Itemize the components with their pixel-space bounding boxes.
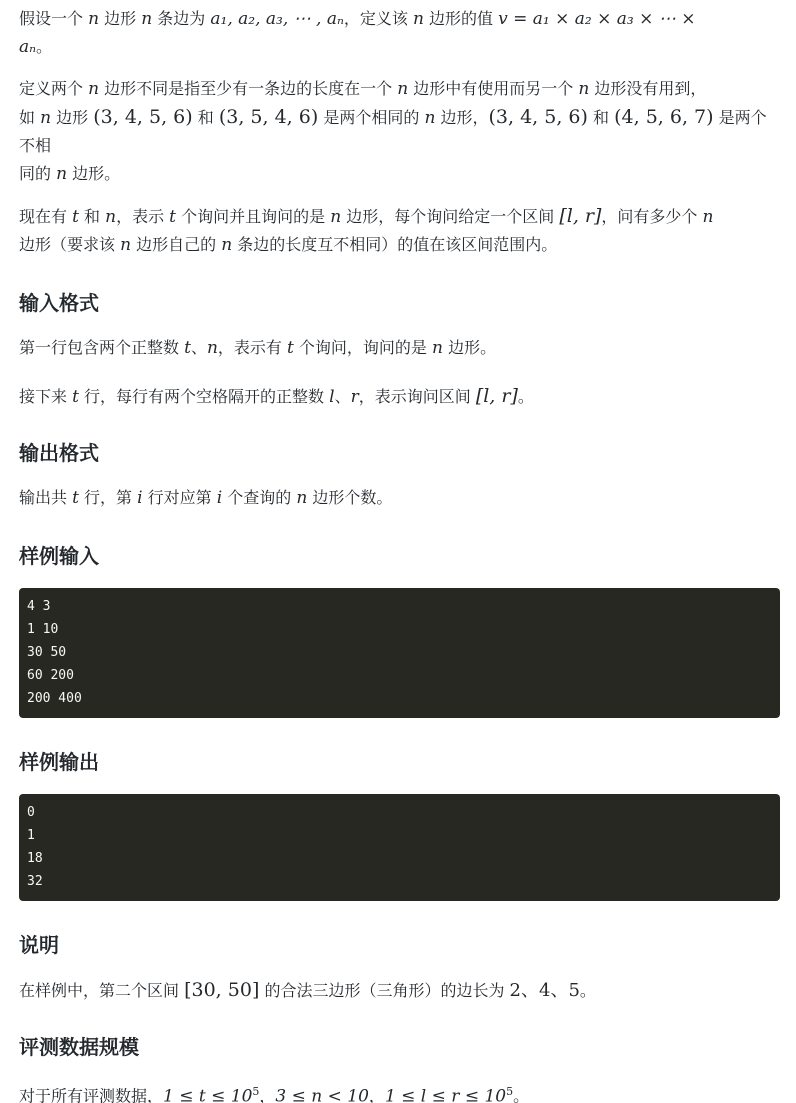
- text: 个查询的: [222, 488, 296, 507]
- explanation-text: 在样例中，第二个区间 [30, 50] 的合法三边形（三角形）的边长为 2、4、…: [19, 976, 780, 1005]
- math-n: n: [207, 338, 218, 358]
- math-value-formula: v = a₁ × a₂ × a₃ × ⋯ ×: [498, 9, 695, 29]
- sample-input-code-block: 4 3 1 10 30 50 60 200 200 400: [19, 588, 780, 718]
- text: 边形没有用到，: [589, 79, 706, 98]
- math-n: n: [141, 9, 152, 29]
- math-tuple: (3, 5, 4, 6): [219, 106, 318, 128]
- problem-description-value: 假设一个 n 边形 n 条边为 a₁, a₂, a₃, ⋯ , aₙ，定义该 n…: [19, 0, 780, 61]
- text: 是两个相同的: [318, 108, 424, 127]
- math-t: t: [72, 207, 79, 227]
- math-n: n: [120, 235, 131, 255]
- text: 和: [588, 108, 614, 127]
- math-constraint-lr: 1 ≤ l ≤ r ≤ 10: [385, 1086, 506, 1103]
- math-n: n: [88, 79, 99, 99]
- math-interval: [l, r]: [559, 205, 601, 227]
- text: 同的: [19, 164, 56, 183]
- input-format-line2: 接下来 t 行，每行有两个空格隔开的正整数 l、r，表示询问区间 [l, r]。: [19, 382, 780, 411]
- text: 条边为: [152, 9, 210, 28]
- output-format-line1: 输出共 t 行，第 i 行对应第 i 个查询的 n 边形个数。: [19, 484, 780, 512]
- math-n: n: [296, 488, 307, 508]
- constraints-text: 对于所有评测数据，1 ≤ t ≤ 105，3 ≤ n < 10，1 ≤ l ≤ …: [19, 1078, 780, 1103]
- text: 现在有: [19, 207, 72, 226]
- text: 边形: [51, 108, 93, 127]
- text: 边形自己的: [131, 235, 221, 254]
- text: 。: [580, 981, 596, 1000]
- text: 。: [518, 387, 534, 406]
- math-n: n: [105, 207, 116, 227]
- text: 在样例中，第二个区间: [19, 981, 184, 1000]
- text: 、: [335, 387, 351, 406]
- math-n: n: [40, 108, 51, 128]
- text: 边形中有使用而另一个: [408, 79, 578, 98]
- math-n: n: [578, 79, 589, 99]
- math-t: t: [287, 338, 294, 358]
- text: 如: [19, 108, 40, 127]
- math-t: t: [184, 338, 191, 358]
- math-constraint-n: 3 ≤ n < 10: [275, 1086, 369, 1103]
- text: 的合法三边形（三角形）的边长为: [259, 981, 509, 1000]
- text: 边形。: [67, 164, 120, 183]
- math-an: aₙ: [19, 37, 36, 57]
- math-interval: [l, r]: [476, 385, 518, 407]
- math-n: n: [413, 9, 424, 29]
- text: ，表示询问区间: [359, 387, 476, 406]
- text: 输出共: [19, 488, 72, 507]
- math-n: n: [432, 338, 443, 358]
- problem-query-description: 现在有 t 和 n，表示 t 个询问并且询问的是 n 边形，每个询问给定一个区间…: [19, 202, 780, 259]
- text: ，: [259, 1086, 275, 1103]
- text: ，表示: [116, 207, 169, 226]
- math-n: n: [330, 207, 341, 227]
- text: 和: [79, 207, 105, 226]
- text: 边形不同是指至少有一条边的长度在一个: [99, 79, 397, 98]
- text: 行，第: [79, 488, 137, 507]
- text: ，表示有: [218, 338, 287, 357]
- math-tuple: (4, 5, 6, 7): [614, 106, 713, 128]
- text: 边形，每个询问给定一个区间: [341, 207, 559, 226]
- math-constraint-t: 1 ≤ t ≤ 10: [163, 1086, 252, 1103]
- math-r: r: [351, 387, 359, 407]
- output-format-heading: 输出格式: [19, 439, 780, 467]
- math-interval: [30, 50]: [184, 979, 259, 1001]
- text: 行对应第: [143, 488, 217, 507]
- problem-statement: 假设一个 n 边形 n 条边为 a₁, a₂, a₃, ⋯ , aₙ，定义该 n…: [0, 0, 796, 1103]
- text: 边形（要求该: [19, 235, 120, 254]
- math-t: t: [72, 488, 79, 508]
- text: ，定义该: [344, 9, 413, 28]
- explanation-heading: 说明: [19, 931, 780, 959]
- math-tuple: (3, 4, 5, 6): [93, 106, 192, 128]
- math-tuple: (3, 4, 5, 6): [489, 106, 588, 128]
- text: 边形个数。: [307, 488, 392, 507]
- input-format-line1: 第一行包含两个正整数 t、n，表示有 t 个询问，询问的是 n 边形。: [19, 334, 780, 362]
- text: 边形，: [435, 108, 488, 127]
- constraints-heading: 评测数据规模: [19, 1033, 780, 1061]
- sample-output-code-block: 0 1 18 32: [19, 794, 780, 901]
- math-t: t: [72, 387, 79, 407]
- text: 、: [191, 338, 207, 357]
- text: 假设一个: [19, 9, 88, 28]
- math-n: n: [221, 235, 232, 255]
- sample-output-heading: 样例输出: [19, 748, 780, 776]
- text: 。: [513, 1086, 529, 1103]
- text: 和: [193, 108, 219, 127]
- math-n: n: [88, 9, 99, 29]
- text: 行，每行有两个空格隔开的正整数: [79, 387, 329, 406]
- math-sides: 2、4、5: [510, 980, 580, 1001]
- math-n: n: [56, 164, 67, 184]
- text: 条边的长度互不相同）的值在该区间范围内。: [232, 235, 557, 254]
- text: 定义两个: [19, 79, 88, 98]
- math-n: n: [703, 207, 714, 227]
- math-n: n: [424, 108, 435, 128]
- text: ，问有多少个: [601, 207, 702, 226]
- math-n: n: [397, 79, 408, 99]
- text: 接下来: [19, 387, 72, 406]
- problem-definition-distinct: 定义两个 n 边形不同是指至少有一条边的长度在一个 n 边形中有使用而另一个 n…: [19, 75, 780, 188]
- text: 个询问并且询问的是: [176, 207, 330, 226]
- text: ，: [369, 1086, 385, 1103]
- math-sides: a₁, a₂, a₃, ⋯ , aₙ: [210, 9, 344, 29]
- text: 第一行包含两个正整数: [19, 338, 184, 357]
- text: 。: [36, 37, 52, 56]
- text: 对于所有评测数据，: [19, 1086, 163, 1103]
- text: 边形: [99, 9, 141, 28]
- text: 个询问，询问的是: [294, 338, 432, 357]
- input-format-heading: 输入格式: [19, 289, 780, 317]
- text: 边形的值: [424, 9, 498, 28]
- sample-input-heading: 样例输入: [19, 542, 780, 570]
- math-t: t: [169, 207, 176, 227]
- text: 边形。: [443, 338, 496, 357]
